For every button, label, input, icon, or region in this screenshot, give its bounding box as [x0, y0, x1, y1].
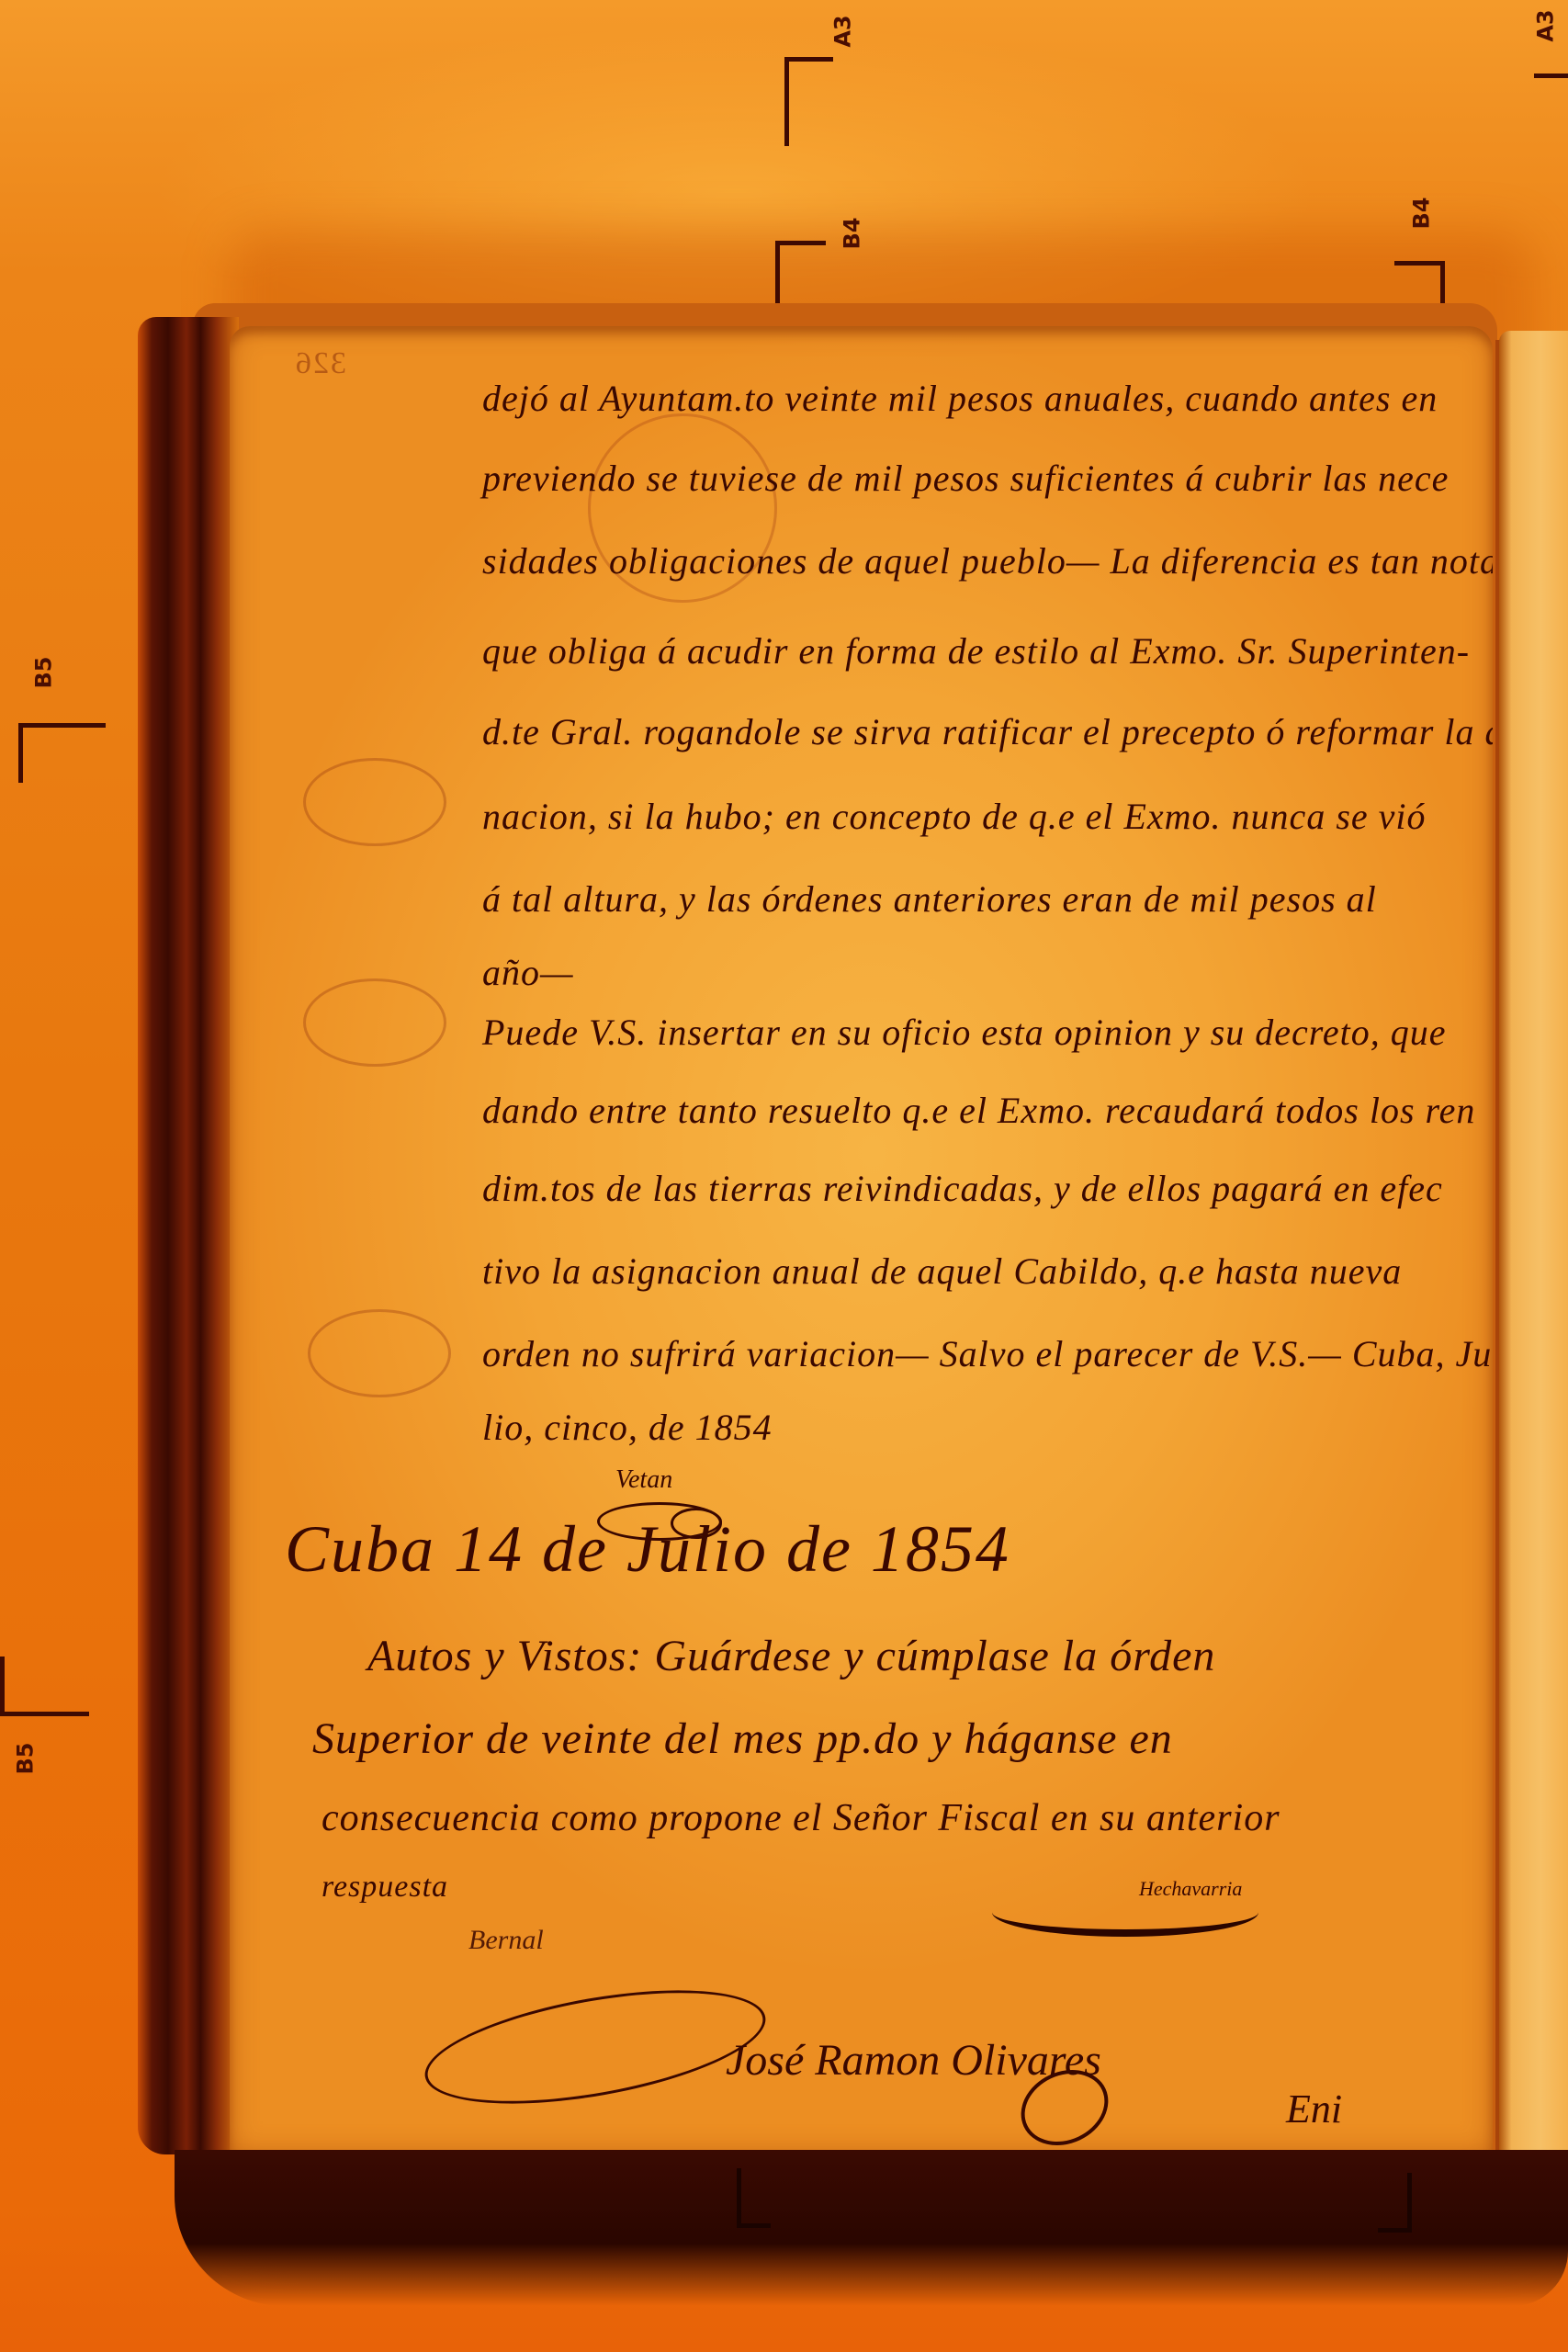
body-line-1: dejó al Ayuntam.to veinte mil pesos anua…	[482, 377, 1438, 420]
decree-line-3: consecuencia como propone el Señor Fisca…	[321, 1796, 1280, 1840]
body-line-14: lio, cinco, de 1854	[482, 1406, 773, 1449]
book-bottom-shadow	[175, 2150, 1568, 2306]
body-line-6: nacion, si la hubo; en concepto de q.e e…	[482, 795, 1427, 838]
corner-mark: Eni	[1286, 2086, 1342, 2132]
ghost-rubric-1	[303, 758, 446, 846]
signature-bernal: Bernal	[468, 1925, 544, 1956]
body-line-7: á tal altura, y las órdenes anteriores e…	[482, 877, 1377, 921]
rubric-loop	[417, 1969, 774, 2125]
manuscript-photograph: A3 A3 B4 B4 B5 B5 326 dejó al Ayuntam.to…	[0, 0, 1568, 2352]
ghost-rubric-2	[303, 978, 446, 1067]
signature-underline-swash	[992, 1888, 1258, 1937]
body-line-11: dim.tos de las tierras reivindicadas, y …	[482, 1167, 1443, 1210]
facing-page-edge	[1499, 331, 1568, 2159]
body-line-4: que obliga á acudir en forma de estilo a…	[482, 629, 1470, 673]
book-binding	[138, 317, 239, 2154]
decree-line-1: Autos y Vistos: Guárdese y cúmplase la ó…	[367, 1631, 1215, 1681]
body-line-5: d.te Gral. rogandole se sirva ratificar …	[482, 710, 1493, 753]
marker-bottom-left	[737, 2168, 771, 2228]
decree-line-2: Superior de veinte del mes pp.do y hágan…	[312, 1713, 1173, 1764]
decree-date: Cuba 14 de Julio de 1854	[285, 1511, 1010, 1588]
body-line-13: orden no sufrirá variacion— Salvo el par…	[482, 1332, 1492, 1375]
body-line-3: sidades obligaciones de aquel pueblo— La…	[482, 539, 1493, 582]
manuscript-page: 326 dejó al Ayuntam.to veinte mil pesos …	[230, 326, 1493, 2154]
body-line-8: año—	[482, 951, 574, 994]
body-line-2: previendo se tuviese de mil pesos sufici…	[482, 457, 1449, 500]
body-line-9: Puede V.S. insertar en su oficio esta op…	[482, 1011, 1447, 1054]
signature-vetan: Vetan	[615, 1465, 672, 1495]
folio-number: 326	[294, 346, 346, 381]
body-line-12: tivo la asignacion anual de aquel Cabild…	[482, 1249, 1402, 1293]
ghost-rubric-3	[308, 1309, 451, 1397]
marker-bottom-right	[1378, 2173, 1412, 2233]
decree-line-4: respuesta	[321, 1870, 448, 1905]
body-line-10: dando entre tanto resuelto q.e el Exmo. …	[482, 1089, 1475, 1132]
